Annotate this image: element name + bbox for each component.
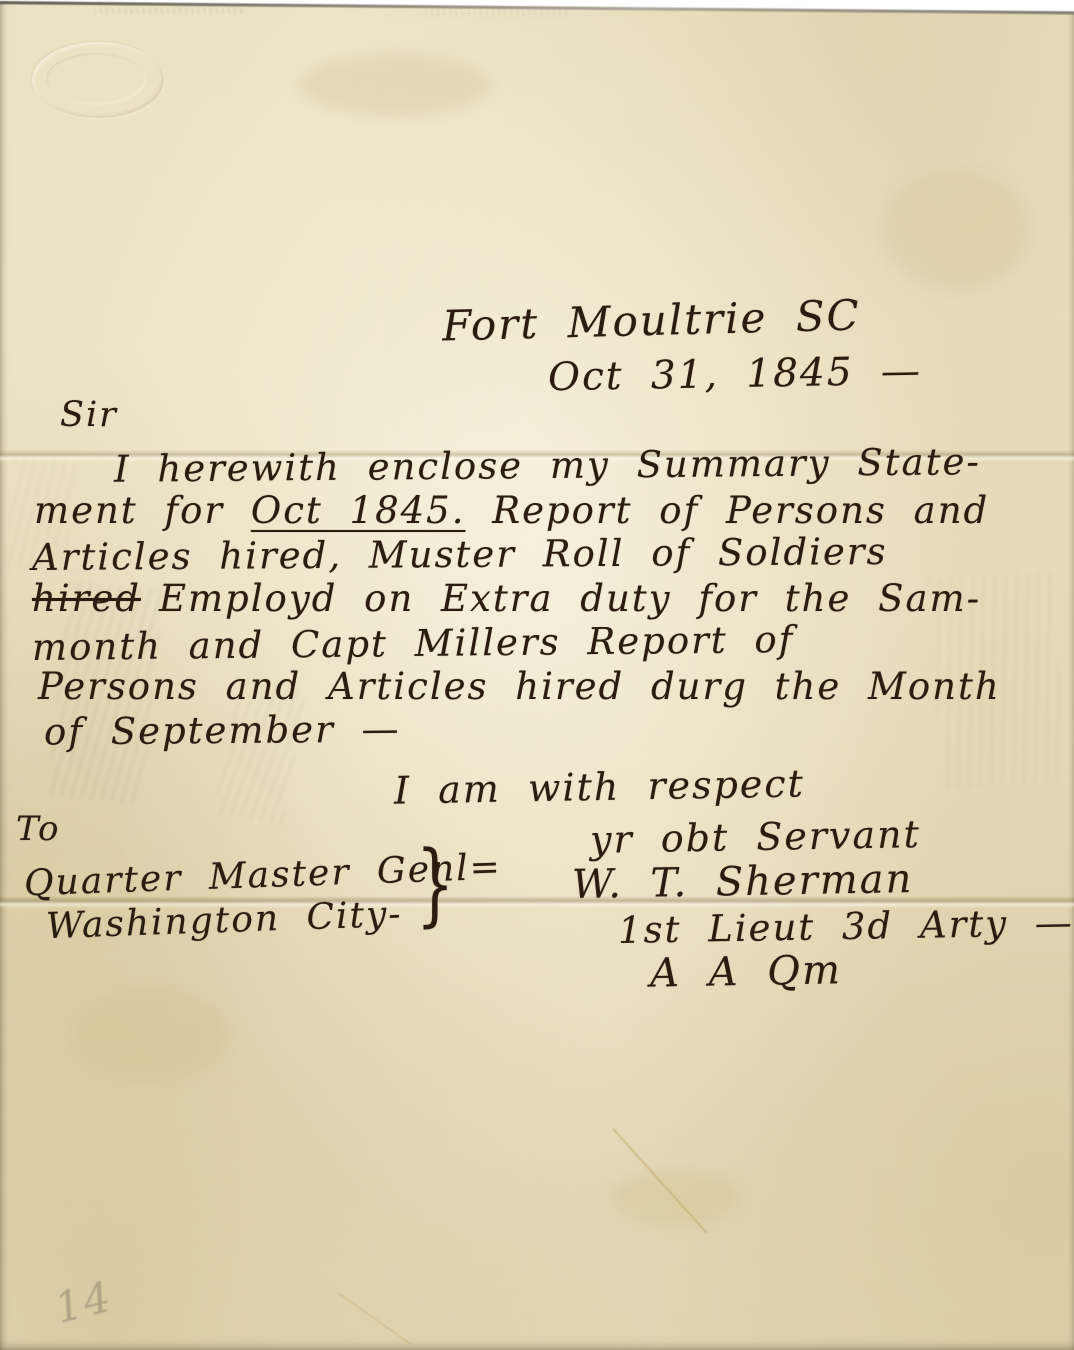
body-line-1: I herewith enclose my Summary State-: [114, 443, 981, 488]
heading-date: Oct 31, 1845 —: [548, 352, 923, 398]
salutation: Sir: [60, 398, 118, 433]
closing-servant: yr obt Servant: [590, 815, 921, 859]
heading-place: Fort Moultrie SC: [442, 295, 862, 348]
body-line-5: month and Capt Millers Report of: [32, 621, 795, 666]
closing-respect: I am with respect: [394, 764, 805, 809]
body-line-2-underlined: Oct 1845.: [251, 489, 466, 532]
signature-rank: 1st Lieut 3d Arty —: [618, 904, 1074, 949]
signature: W. T. Sherman: [572, 859, 914, 905]
address-brace: }: [416, 840, 456, 930]
body-line-7: of September —: [44, 710, 401, 750]
body-line-2-post: Report of Persons and: [465, 489, 989, 532]
body-line-3: Articles hired, Muster Roll of Soldiers: [32, 533, 888, 576]
body-line-4-struck-word: hired: [32, 577, 141, 620]
body-line-4: hiredEmployd on Extra duty for the Sam-: [32, 580, 981, 617]
body-line-6: Persons and Articles hired durg the Mont…: [38, 668, 1001, 705]
address-to: To: [16, 812, 61, 846]
pencil-scribble-top: [95, 7, 245, 14]
body-line-4-rest: Employd on Extra duty for the Sam-: [159, 577, 981, 620]
pencil-scribble-top-2: [420, 10, 570, 17]
body-line-2-pre: ment for: [34, 489, 251, 532]
signature-role: A A Qm: [650, 950, 843, 993]
body-line-2: ment for Oct 1845. Report of Persons and: [34, 492, 989, 529]
embossed-seal-inner: [46, 53, 146, 105]
embossed-seal: [32, 42, 164, 118]
letter-scan: Fort Moultrie SC Oct 31, 1845 — Sir I he…: [0, 0, 1074, 1350]
